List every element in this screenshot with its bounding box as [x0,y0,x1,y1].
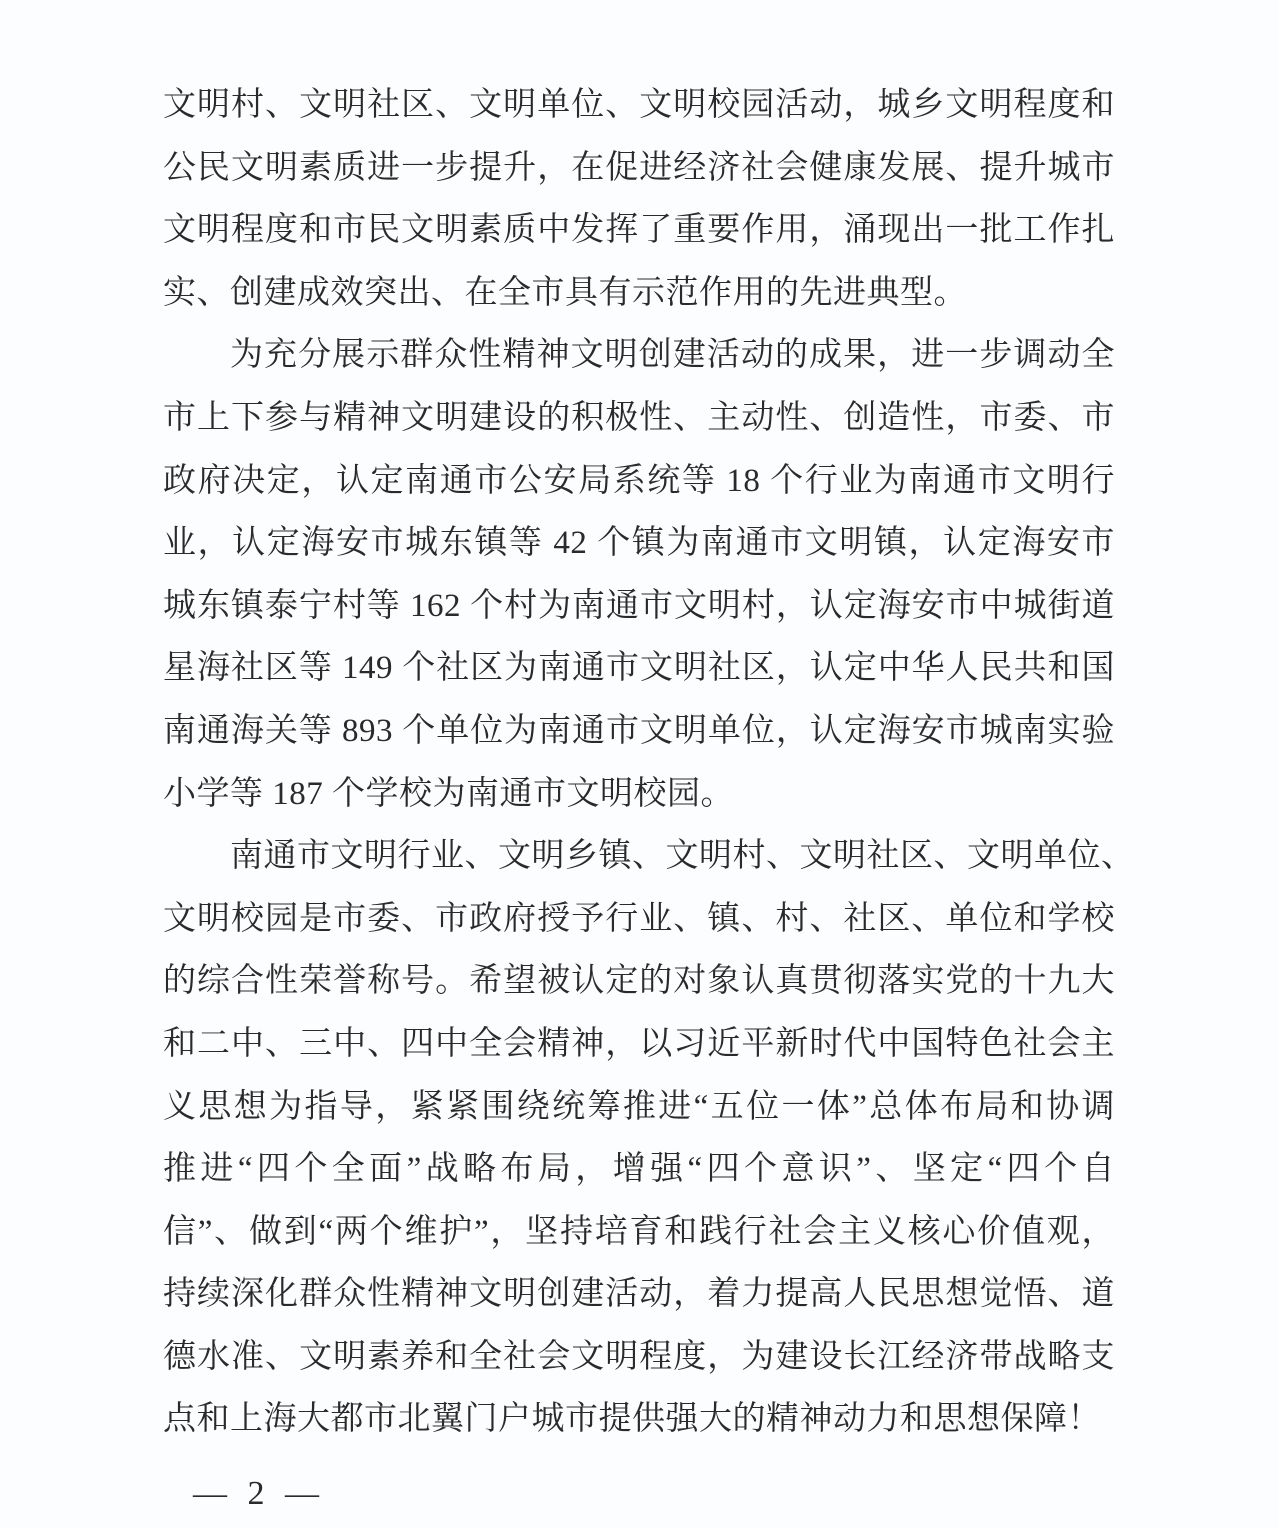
text-line: 和二中、三中、四中全会精神，以习近平新时代中国特色社会主 [163,1013,1115,1076]
text-line: 政府决定，认定南通市公安局系统等 18 个行业为南通市文明行 [163,450,1115,513]
text-line: 公民文明素质进一步提升，在促进经济社会健康发展、提升城市 [163,137,1115,200]
text-line: 文明校园是市委、市政府授予行业、镇、村、社区、单位和学校 [163,888,1115,951]
text-line: 为充分展示群众性精神文明创建活动的成果，进一步调动全 [163,324,1115,387]
text-line: 文明程度和市民文明素质中发挥了重要作用，涌现出一批工作扎 [163,199,1115,262]
text-line: 持续深化群众性精神文明创建活动，着力提高人民思想觉悟、道 [163,1263,1115,1326]
text-line: 城东镇泰宁村等 162 个村为南通市文明村，认定海安市中城街道 [163,575,1115,638]
text-line: 推进“四个全面”战略布局，增强“四个意识”、坚定“四个自 [163,1138,1115,1201]
text-line: 南通海关等 893 个单位为南通市文明单位，认定海安市城南实验 [163,700,1115,763]
text-line: 信”、做到“两个维护”，坚持培育和践行社会主义核心价值观， [163,1201,1115,1264]
text-line: 德水准、文明素养和全社会文明程度，为建设长江经济带战略支 [163,1326,1115,1389]
text-line: 实、创建成效突出、在全市具有示范作用的先进典型。 [163,262,1115,325]
text-line: 文明村、文明社区、文明单位、文明校园活动，城乡文明程度和 [163,74,1115,137]
text-line: 星海社区等 149 个社区为南通市文明社区，认定中华人民共和国 [163,637,1115,700]
text-line: 点和上海大都市北翼门户城市提供强大的精神动力和思想保障！ [163,1388,1115,1451]
text-line: 小学等 187 个学校为南通市文明校园。 [163,763,1115,826]
text-line: 的综合性荣誉称号。希望被认定的对象认真贯彻落实党的十九大 [163,950,1115,1013]
document-page: 文明村、文明社区、文明单位、文明校园活动，城乡文明程度和 公民文明素质进一步提升… [0,0,1279,1528]
page-number: — 2 — [193,1472,325,1516]
text-line: 市上下参与精神文明建设的积极性、主动性、创造性，市委、市 [163,387,1115,450]
text-line: 南通市文明行业、文明乡镇、文明村、文明社区、文明单位、 [163,825,1115,888]
text-line: 义思想为指导，紧紧围绕统筹推进“五位一体”总体布局和协调 [163,1076,1115,1139]
document-body: 文明村、文明社区、文明单位、文明校园活动，城乡文明程度和 公民文明素质进一步提升… [163,74,1115,1451]
text-line: 业，认定海安市城东镇等 42 个镇为南通市文明镇，认定海安市 [163,512,1115,575]
